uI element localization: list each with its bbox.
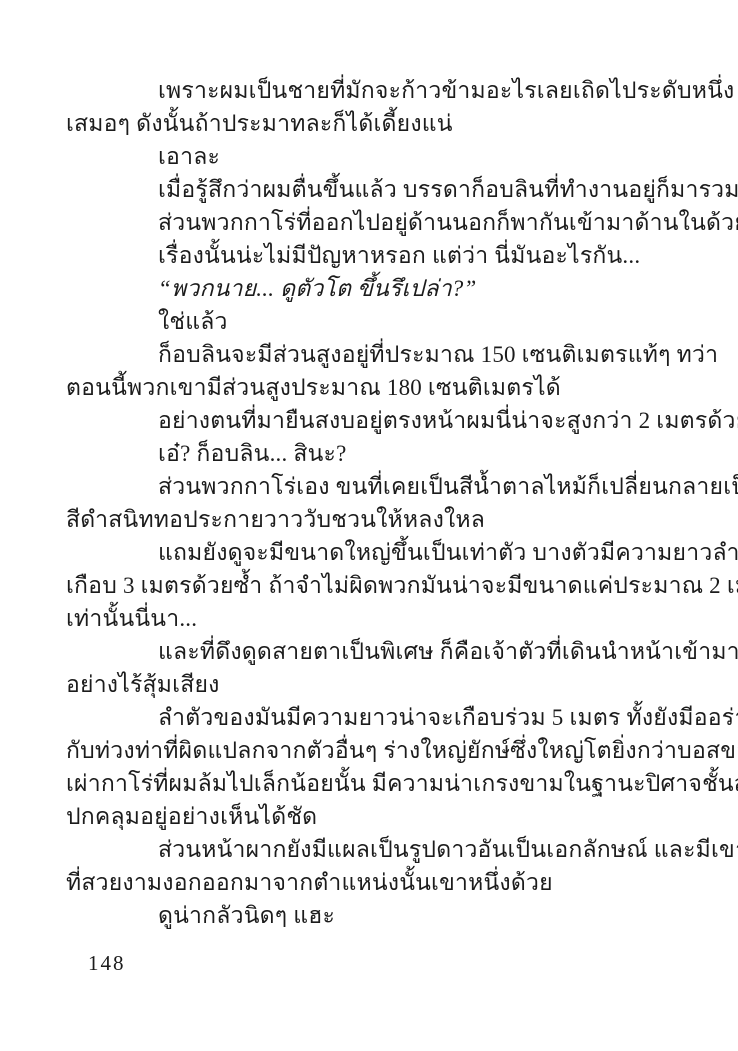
text-line: เมื่อรู้สึกว่าผมตื่นขึ้นแล้ว บรรดาก็อบลิ… [66, 173, 674, 206]
text-line: ส่วนหน้าผากยังมีแผลเป็นรูปดาวอันเป็นเอกล… [66, 833, 674, 866]
text-line: “พวกนาย... ดูตัวโต ขึ้นรึเปล่า?” [66, 272, 674, 305]
text-line: เผ่ากาโร่ที่ผมล้มไปเล็กน้อยนั้น มีความน่… [66, 767, 674, 800]
text-line: ก็อบลินจะมีส่วนสูงอยู่ที่ประมาณ 150 เซนต… [66, 338, 674, 371]
text-line: กับท่วงท่าที่ผิดแปลกจากตัวอื่นๆ ร่างใหญ่… [66, 734, 674, 767]
text-line: อย่างตนที่มายืนสงบอยู่ตรงหน้าผมนี่น่าจะส… [66, 404, 674, 437]
text-line: อย่างไร้สุ้มเสียง [66, 668, 674, 701]
text-line: ส่วนพวกกาโร่ที่ออกไปอยู่ด้านนอกก็พากันเข… [66, 206, 674, 239]
text-line: เอ๋? ก็อบลิน... สินะ? [66, 437, 674, 470]
text-line: ปกคลุมอยู่อย่างเห็นได้ชัด [66, 800, 674, 833]
text-line: และที่ดึงดูดสายตาเป็นพิเศษ ก็คือเจ้าตัวท… [66, 635, 674, 668]
text-line: ลำตัวของมันมีความยาวน่าจะเกือบร่วม 5 เมต… [66, 701, 674, 734]
text-line: เรื่องนั้นน่ะไม่มีปัญหาหรอก แต่ว่า นี่มั… [66, 239, 674, 272]
text-line: แถมยังดูจะมีขนาดใหญ่ขึ้นเป็นเท่าตัว บางต… [66, 536, 674, 569]
text-line: เพราะผมเป็นชายที่มักจะก้าวข้ามอะไรเลยเถิ… [66, 74, 674, 107]
text-line: เกือบ 3 เมตรด้วยซ้ำ ถ้าจำไม่ผิดพวกมันน่า… [66, 569, 674, 602]
text-line: ตอนนี้พวกเขามีส่วนสูงประมาณ 180 เซนติเมต… [66, 371, 674, 404]
text-line: เอาละ [66, 140, 674, 173]
book-page: เพราะผมเป็นชายที่มักจะก้าวข้ามอะไรเลยเถิ… [0, 0, 738, 1051]
text-line: ที่สวยงามงอกออกมาจากตำแหน่งนั้นเขาหนึ่งด… [66, 866, 674, 899]
text-line: เท่านั้นนี่นา... [66, 602, 674, 635]
text-line: ใช่แล้ว [66, 305, 674, 338]
text-line: สีดำสนิททอประกายวาววับชวนให้หลงใหล [66, 503, 674, 536]
page-text: เพราะผมเป็นชายที่มักจะก้าวข้ามอะไรเลยเถิ… [66, 74, 674, 932]
text-line: ดูน่ากลัวนิดๆ แฮะ [66, 899, 674, 932]
page-number: 148 [88, 951, 126, 976]
text-line: เสมอๆ ดังนั้นถ้าประมาทละก็ได้เดี้ยงแน่ [66, 107, 674, 140]
text-line: ส่วนพวกกาโร่เอง ขนที่เคยเป็นสีน้ำตาลไหม้… [66, 470, 674, 503]
